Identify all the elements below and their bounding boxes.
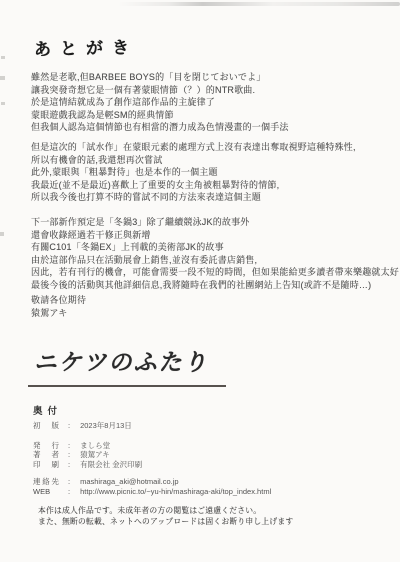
colophon-value-url: http://www.picnic.to/~yu-hin/mashiraga-a…: [80, 487, 271, 497]
colophon-row-publisher: 発行 : ましら堂: [33, 441, 271, 451]
afterword-closing: 敬請各位期待 猿駕アキ: [31, 294, 386, 319]
colophon-colon: :: [68, 477, 70, 487]
colophon-value-email: mashiraga_aki@hotmail.co.jp: [80, 477, 179, 487]
colophon-value: 猿駕アキ: [80, 450, 110, 460]
paragraph-line: 所以有機會的話,我還想再次嘗試: [31, 154, 386, 167]
colophon-label: 連絡先: [33, 477, 59, 487]
closing-thanks: 敬請各位期待: [31, 294, 386, 307]
notice-line: 本作は成人作品です。未成年者の方の閲覧はご遠慮ください。: [38, 506, 293, 517]
colophon-row-web: WEB : http://www.picnic.to/~yu-hin/mashi…: [33, 487, 271, 497]
paragraph-line: 此外,蒙眼與「粗暴對待」也是本作的一個主題: [31, 166, 386, 179]
colophon-colon: :: [68, 450, 70, 460]
colophon: 初版 : 2023年8月13日 発行 : ましら堂 著者 : 猿駕アキ 印刷 :…: [33, 421, 271, 497]
paragraph-line: 還會收錄經過若干修正與新增: [31, 229, 386, 242]
paragraph-line: 但是這次的「試水作」在蒙眼元素的處理方式上沒有表達出奪取視野這種特殊性,: [31, 141, 386, 154]
colophon-label: 著者: [33, 450, 59, 460]
colophon-value: ましら堂: [80, 441, 110, 451]
colophon-spacer: [33, 469, 271, 477]
colophon-row-printer: 印刷 : 有限会社 金沢印刷: [33, 460, 271, 470]
colophon-row-author: 著者 : 猿駕アキ: [33, 450, 271, 460]
afterword-paragraph-3: 下一部新作預定是「冬鍋3」除了繼續競泳JK的故事外 還會收錄經過若干修正與新增 …: [31, 216, 386, 291]
colophon-colon: :: [68, 487, 70, 497]
colophon-label: 初版: [33, 421, 59, 431]
notice-line: また、無断の転載、ネットへのアップロードは固くお断り申し上げます: [38, 517, 293, 528]
colophon-spacer: [33, 431, 271, 441]
paragraph-line: 有關C101「冬鍋EX」上刊載的美術部JK的故事: [31, 241, 386, 254]
colophon-heading: 奥付: [33, 403, 62, 417]
paragraph-line: 雖然是老歌,但BARBEE BOYS的「目を閉じておいでよ」: [31, 71, 386, 84]
book-title-block: ニケツのふたり: [28, 344, 226, 387]
book-title: ニケツのふたり: [32, 344, 229, 377]
colophon-colon: :: [68, 421, 70, 431]
paragraph-line: 因此，若有刊行的機會，可能會需要一段不短的時間，但如果能給更多讀者帶來樂趣就太好…: [31, 266, 386, 279]
paragraph-line: 由於這部作品只在活動展會上銷售,並沒有委託書店銷售,: [31, 254, 386, 267]
paragraph-line: 蒙眼遊戲我認為是輕SM的經典情節: [31, 109, 386, 122]
paragraph-line: 下一部新作預定是「冬鍋3」除了繼續競泳JK的故事外: [31, 216, 386, 229]
scan-artifact-streak: [118, 2, 400, 6]
paragraph-line: 最後今後的活動與其他詳細信息,我將隨時在我們的社團網站上告知(或許不是隨時…): [31, 279, 386, 292]
scanned-afterword-page: あとがき 雖然是老歌,但BARBEE BOYS的「目を閉じておいでよ」 讓我突發…: [0, 0, 400, 562]
paragraph-line: 所以我今後也打算不時的嘗試不同的方法來表達這個主題: [31, 191, 386, 204]
scan-artifact-speck: [1, 102, 5, 105]
afterword-heading: あとがき: [34, 33, 139, 60]
colophon-value: 2023年8月13日: [80, 421, 132, 431]
paragraph-line: 於是這情結就成為了創作這部作品的主旋律了: [31, 96, 386, 109]
colophon-value: 有限会社 金沢印刷: [80, 460, 142, 470]
colophon-colon: :: [68, 441, 70, 451]
colophon-label: 発行: [33, 441, 59, 451]
colophon-row-contact: 連絡先 : mashiraga_aki@hotmail.co.jp: [33, 477, 271, 487]
colophon-label: WEB: [33, 487, 59, 497]
paragraph-line: 讓我突發奇想它是一個有著蒙眼情節（？）的NTR歌曲.: [31, 84, 386, 97]
afterword-paragraph-1: 雖然是老歌,但BARBEE BOYS的「目を閉じておいでよ」 讓我突發奇想它是一…: [31, 71, 386, 134]
colophon-colon: :: [68, 460, 70, 470]
scan-artifact-speck: [1, 56, 5, 59]
paragraph-line: 但我個人認為這個情節也有相當的潛力成為色情漫畫的一個手法: [31, 121, 386, 134]
scan-artifact-speck: [0, 232, 4, 236]
paragraph-line: 我最近(並不是最近)喜歡上了重要的女主角被粗暴對待的情節,: [31, 179, 386, 192]
adult-content-notice: 本作は成人作品です。未成年者の方の閲覧はご遠慮ください。 また、無断の転載、ネッ…: [38, 506, 293, 528]
afterword-paragraph-2: 但是這次的「試水作」在蒙眼元素的處理方式上沒有表達出奪取視野這種特殊性, 所以有…: [31, 141, 386, 204]
closing-signature: 猿駕アキ: [31, 307, 386, 320]
colophon-label: 印刷: [33, 460, 59, 470]
colophon-row-edition: 初版 : 2023年8月13日: [33, 421, 271, 431]
scan-artifact-speck: [0, 76, 5, 80]
